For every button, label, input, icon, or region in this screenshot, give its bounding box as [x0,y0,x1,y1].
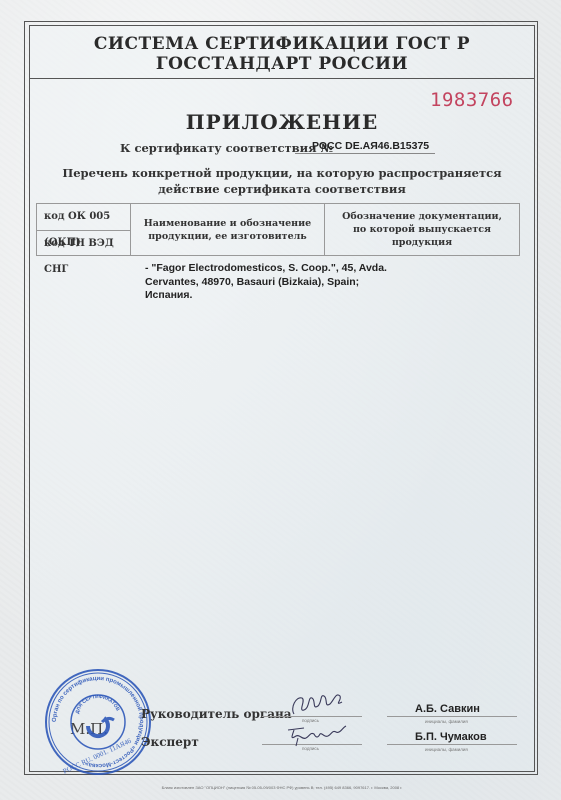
expert-name-caption: инициалы, фамилия [425,747,468,752]
producer-line-1: - "Fagor Electrodomesticos, S. Coop.", 4… [145,262,415,276]
docs-header-line-2: по которой выпускается продукция [325,223,519,249]
code-column: код ОК 005 (ОКП) код ТН ВЭД СНГ [37,204,131,255]
head-name-line [387,716,517,717]
docs-header-line-1: Обозначение документации, [325,210,519,223]
footer-print-info: Бланк изготовлен ЗАО "ОПЦИОН" (лицензия … [29,785,535,790]
producer-entry: - "Fagor Electrodomesticos, S. Coop.", 4… [145,262,415,303]
expert-signature-icon [284,722,354,748]
product-column-header: Наименование и обозначение продукции, ее… [131,204,325,255]
code-okp-cell: код ОК 005 (ОКП) [37,204,130,231]
serial-number: 1983766 [430,89,514,111]
scope-line-1: Перечень конкретной продукции, на котору… [29,165,535,181]
producer-line-3: Испания. [145,289,415,303]
head-of-body-label: Руководитель органа [141,707,292,721]
inner-frame [29,25,535,772]
scope-line-2: действие сертификата соответствия [29,181,535,197]
system-title: СИСТЕМА СЕРТИФИКАЦИИ ГОСТ Р [29,34,535,54]
expert-label: Эксперт [141,735,199,749]
producer-line-2: Cervantes, 48970, Basauri (Bizkaia), Spa… [145,276,415,290]
product-header-line-2: продукции, ее изготовитель [144,230,311,243]
header-divider [29,78,535,79]
certificate-number: РОСС DE.АЯ46.В15375 [312,140,429,152]
product-header-line-1: Наименование и обозначение [144,217,311,230]
appendix-title: ПРИЛОЖЕНИЕ [29,110,535,134]
product-table-header: код ОК 005 (ОКП) код ТН ВЭД СНГ Наименов… [36,203,520,256]
documentation-column-header: Обозначение документации, по которой вып… [325,204,519,255]
expert-name: Б.П. Чумаков [415,731,487,743]
head-signature-icon [288,690,360,720]
certification-stamp-icon: Орган по сертификации промышленной проду… [44,668,152,776]
agency-title: ГОССТАНДАРТ РОССИИ [29,54,535,74]
stamp-inner-text: ДЛЯ СЕРТИФИКАТОВ [74,694,120,715]
expert-name-line [387,744,517,745]
code-tnved-cell: код ТН ВЭД СНГ [37,231,130,257]
certificate-number-underline [295,153,435,154]
scope-text: Перечень конкретной продукции, на котору… [29,165,535,197]
svg-text:ДЛЯ СЕРТИФИКАТОВ: ДЛЯ СЕРТИФИКАТОВ [74,694,120,715]
head-name-caption: инициалы, фамилия [425,719,468,724]
head-name: А.Б. Савкин [415,703,480,715]
